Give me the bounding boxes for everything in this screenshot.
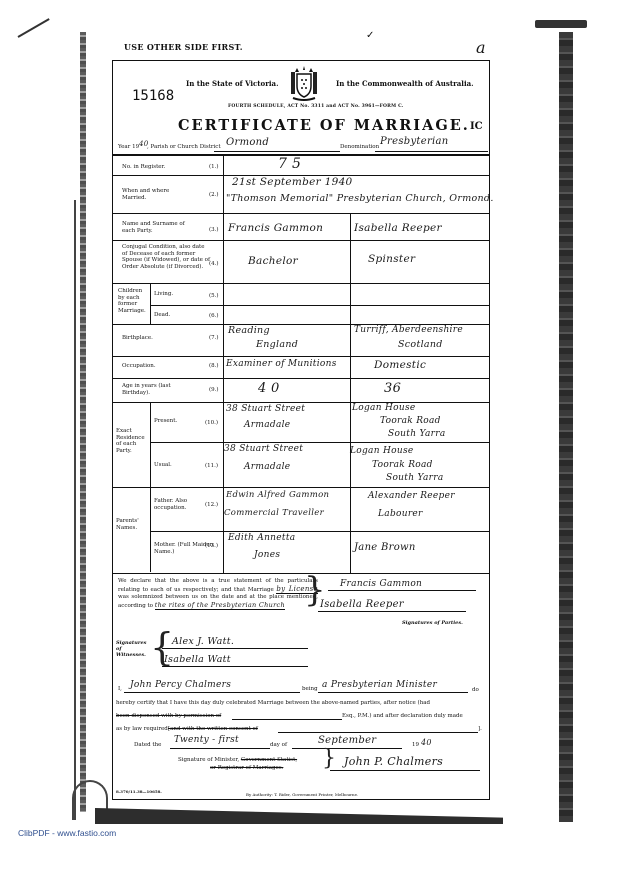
bride-present-residence-line2: Toorak Road	[380, 416, 441, 426]
groom-father-occupation: Commercial Traveller	[224, 508, 324, 518]
bride-father-occupation: Labourer	[378, 509, 423, 519]
bride-birthplace-line2: Scotland	[398, 339, 443, 350]
party-signature-line	[318, 611, 466, 612]
year-prefix: 19	[412, 742, 419, 748]
year-value: 40	[421, 738, 432, 747]
being-label: being	[302, 686, 318, 692]
row-rule	[150, 305, 490, 306]
parties-caption: Signatures of Parties.	[402, 620, 463, 626]
row-rule	[112, 402, 490, 403]
children-subdivider	[150, 283, 151, 324]
marriage-date-value: 21st September 1940	[232, 176, 353, 188]
field-label: Dead.	[154, 312, 170, 319]
corner-annotation: a	[476, 38, 486, 57]
marriage-place-value: "Thomson Memorial" Presbyterian Church, …	[226, 193, 494, 204]
certify-line-2-struck: been dispensed with by permission of	[116, 713, 221, 719]
field-number: (11.)	[205, 463, 218, 469]
field-number: (13.)	[205, 543, 218, 549]
do-label: do	[472, 687, 479, 693]
row-rule	[150, 442, 490, 443]
celebrant-prefix: I,	[118, 686, 122, 692]
dated-day: Twenty - first	[174, 735, 239, 745]
field-group-label: Parents' Names.	[116, 518, 148, 531]
field-number: (2.)	[209, 192, 219, 198]
field-label: No. in Register.	[122, 164, 165, 171]
rites-value: the rites of the Presbyterian Church	[155, 601, 285, 610]
printer-credit: By Authority: T. Rider, Government Print…	[246, 792, 358, 797]
bride-present-residence-line3: South Yarra	[388, 429, 446, 439]
bride-birthplace-line1: Turriff, Aberdeenshire	[354, 325, 463, 335]
field-number: (10.)	[205, 420, 218, 426]
parish-value: Ormond	[226, 137, 269, 148]
witnesses-caption: Signatures of Witnesses.	[116, 640, 152, 658]
groom-mother-name-line2: Jones	[254, 550, 280, 560]
bride-condition-value: Spinster	[368, 253, 415, 265]
scan-artifact-slash	[18, 18, 50, 38]
bride-name-value: Isabella Reeper	[354, 222, 442, 234]
register-number-value: 7 5	[278, 156, 301, 172]
schedule-reference: FOURTH SCHEDULE, ACT No. 3311 and ACT No…	[228, 104, 404, 109]
row-rule	[112, 378, 490, 379]
certify-line-2-end: Esq., P.M.) and after declaration duly m…	[342, 713, 463, 719]
party-signature-line	[328, 590, 476, 591]
field-label: When and where Married.	[122, 188, 182, 201]
celebrant-role-line	[318, 692, 468, 693]
row-rule	[112, 573, 490, 574]
groom-father-name: Edwin Alfred Gammon	[226, 490, 329, 500]
bride-signature: Isabella Reeper	[320, 599, 404, 610]
witness-line	[162, 648, 308, 649]
certify-line-1: hereby certify that I have this day duly…	[116, 700, 430, 706]
field-label: Conjugal Condition, also date of Decease…	[122, 244, 210, 270]
field-number: (7.)	[209, 335, 219, 341]
field-number: (5.)	[209, 293, 219, 299]
groom-signature: Francis Gammon	[340, 579, 422, 589]
field-number: (8.)	[209, 363, 219, 369]
check-mark: ✓	[366, 30, 374, 41]
bride-occupation-value: Domestic	[374, 359, 426, 371]
binder-clip-top	[535, 20, 587, 28]
groom-birthplace-line2: England	[256, 339, 298, 350]
registrar-label-struck: or Registrar of Marriages.	[210, 765, 283, 771]
groom-mother-name-line1: Edith Annetta	[228, 533, 295, 543]
minister-signature-line	[330, 770, 480, 771]
signature-brace: }	[322, 748, 336, 770]
parish-label: , Parish or Church District	[147, 144, 221, 150]
signature-label: Signature of Minister, Government Statis…	[178, 757, 297, 763]
celebrant-role: a Presbyterian Minister	[322, 680, 437, 690]
celebrant-name: John Percy Chalmers	[130, 680, 231, 690]
coat-of-arms-icon	[285, 66, 323, 102]
witness-2-signature: Isabella Watt	[164, 654, 231, 665]
field-group-label: Children by each former Marriage.	[118, 288, 148, 314]
groom-usual-residence-line2: Armadale	[244, 462, 290, 472]
bride-present-residence-line1: Logan House	[352, 403, 416, 413]
binder-edge-right	[559, 32, 573, 822]
blank-line	[232, 719, 342, 720]
celebrant-name-line	[124, 692, 300, 693]
bride-usual-residence-line2: Toorak Road	[372, 460, 433, 470]
field-label: Father. Also occupation.	[154, 498, 204, 511]
groom-present-residence-line1: 38 Stuart Street	[226, 404, 305, 414]
bride-usual-residence-line3: South Yarra	[386, 473, 444, 483]
row-rule	[112, 240, 490, 241]
dated-label: Dated the	[134, 742, 161, 748]
groom-name-value: Francis Gammon	[228, 222, 323, 234]
form-print-code: 8.370/11.38—10658.	[116, 789, 162, 794]
party-column-divider	[350, 213, 351, 574]
certificate-number: 15168	[132, 88, 174, 104]
bride-mother-name: Jane Brown	[354, 542, 416, 553]
day-of-label: day of	[270, 742, 287, 748]
groom-condition-value: Bachelor	[248, 255, 298, 267]
groom-birthplace-line1: Reading	[228, 325, 270, 336]
field-label: Age in years (last Birthday).	[122, 383, 182, 396]
commonwealth-label: In the Commonwealth of Australia.	[336, 79, 474, 88]
certify-line-3-end: ].	[478, 726, 482, 732]
field-label: Occupation.	[122, 363, 156, 370]
binder-edge-left	[80, 32, 86, 812]
declaration-text: We declare that the above is a true stat…	[118, 578, 318, 610]
certify-line-3: as by law required	[116, 726, 168, 732]
use-other-side-note: USE OTHER SIDE FIRST.	[124, 42, 243, 52]
field-number: (3.)	[209, 227, 219, 233]
witness-line	[162, 666, 308, 667]
dated-line	[170, 748, 270, 749]
field-label: Usual.	[154, 462, 172, 469]
minister-signature: John P. Chalmers	[344, 755, 443, 768]
year-label: Year 19	[118, 144, 139, 150]
minister-label: Signature of Minister,	[178, 757, 239, 763]
row-rule	[112, 487, 490, 488]
denomination-label: Denomination	[340, 144, 379, 150]
groom-present-residence-line2: Armadale	[244, 420, 290, 430]
field-label: Living.	[154, 291, 173, 298]
field-number: (9.)	[209, 387, 219, 393]
field-number: (12.)	[205, 502, 218, 508]
row-rule	[112, 356, 490, 357]
row-rule	[112, 213, 490, 214]
field-label: Name and Surname of each Party.	[122, 221, 192, 234]
witness-1-signature: Alex J. Watt.	[172, 636, 234, 647]
field-label: Present.	[154, 418, 177, 425]
statist-label-struck: Government Statist,	[241, 757, 297, 763]
blank-line	[278, 732, 478, 733]
month-value: September	[318, 735, 376, 746]
groom-usual-residence-line1: 38 Stuart Street	[224, 444, 303, 454]
watermark-text: ClibPDF - www.fastio.com	[18, 828, 116, 838]
field-label: Birthplace.	[122, 335, 153, 342]
certificate-title: CERTIFICATE OF MARRIAGE.	[178, 117, 470, 134]
certify-line-3-struck: [and with the written consent of	[168, 726, 258, 732]
groom-occupation-value: Examiner of Munitions	[226, 359, 337, 369]
field-number: (1.)	[209, 164, 219, 170]
bride-age-value: 36	[384, 381, 401, 396]
bride-father-name: Alexander Reeper	[368, 491, 455, 501]
field-number: (4.)	[209, 261, 219, 267]
row-rule	[150, 531, 490, 532]
field-number: (6.)	[209, 313, 219, 319]
field-group-label: Exact Residence of each Party.	[116, 428, 148, 454]
row-rule	[112, 283, 490, 284]
groom-age-value: 4 0	[258, 381, 280, 396]
month-line	[292, 748, 402, 749]
state-label: In the State of Victoria.	[186, 79, 279, 88]
denomination-value: Presbyterian	[380, 136, 449, 147]
bride-usual-residence-line1: Logan House	[350, 446, 414, 456]
binder-edge-line	[74, 200, 76, 820]
binder-edge-bottom	[95, 808, 503, 824]
form-code: IC	[470, 121, 483, 132]
